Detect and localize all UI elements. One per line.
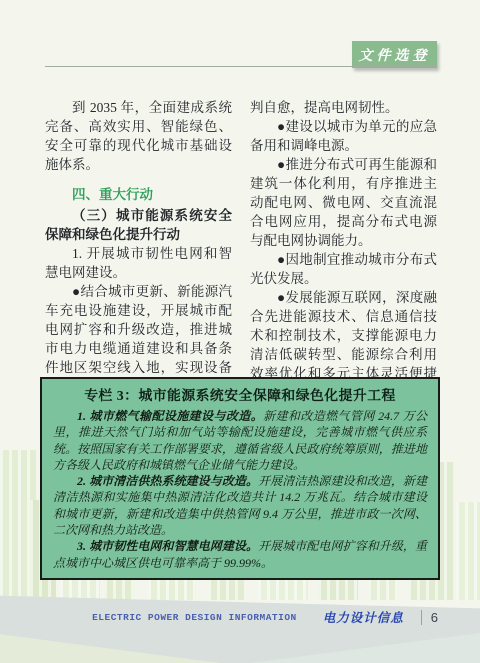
- page-footer: ELECTRIC POWER DESIGN INFORMATION 电力设计信息…: [92, 608, 438, 626]
- footer-divider: [421, 610, 422, 625]
- article-body: 到 2035 年，全面建成系统完备、高效实用、智能绿色、安全可靠的现代化城市基础…: [45, 98, 437, 372]
- paragraph: 1. 开展城市韧性电网和智慧电网建设。: [45, 244, 232, 282]
- panel-item-lead: 1. 城市燃气输配设施建设与改造。: [77, 409, 263, 423]
- bullet-paragraph: ●推进分布式可再生能源和建筑一体化利用，有序推进主动配电网、微电网、交直流混合电…: [250, 155, 437, 250]
- column-left: 到 2035 年，全面建成系统完备、高效实用、智能绿色、安全可靠的现代化城市基础…: [45, 98, 232, 372]
- panel-item-lead: 2. 城市清洁供热系统建设与改造。: [77, 474, 258, 488]
- section-heading-green: 四、重大行动: [45, 185, 232, 204]
- paragraph-continuation: 判自愈，提高电网韧性。: [250, 98, 437, 117]
- panel-item: 3. 城市韧性电网和智慧电网建设。开展城市配电网扩容和升级，重点城市中心城区供电…: [53, 538, 427, 571]
- bullet-paragraph: ●建设以城市为单元的应急备用和调峰电源。: [250, 117, 437, 155]
- column-right: 判自愈，提高电网韧性。 ●建设以城市为单元的应急备用和调峰电源。 ●推进分布式可…: [250, 98, 437, 372]
- magazine-page: 文件选登 到 2035 年，全面建成系统完备、高效实用、智能绿色、安全可靠的现代…: [0, 0, 480, 663]
- section-badge: 文件选登: [352, 41, 437, 68]
- journal-name-cn: 电力设计信息: [323, 608, 404, 626]
- feature-panel: 专栏 3：城市能源系统安全保障和绿色化提升工程 1. 城市燃气输配设施建设与改造…: [40, 377, 440, 580]
- paragraph: 到 2035 年，全面建成系统完备、高效实用、智能绿色、安全可靠的现代化城市基础…: [45, 98, 232, 174]
- bullet-paragraph: ●因地制宜推动城市分布式光伏发展。: [250, 250, 437, 288]
- panel-item: 2. 城市清洁供热系统建设与改造。开展清洁热源建设和改造，新建清洁热源和实施集中…: [53, 473, 427, 538]
- panel-title: 专栏 3：城市能源系统安全保障和绿色化提升工程: [53, 384, 427, 404]
- panel-item-lead: 3. 城市韧性电网和智慧电网建设。: [77, 539, 258, 553]
- panel-item: 1. 城市燃气输配设施建设与改造。新建和改造燃气管网 24.7 万公里，推进天然…: [53, 408, 427, 473]
- page-number: 6: [431, 610, 438, 625]
- building-silhouette: [456, 502, 480, 600]
- subsection-heading: （三）城市能源系统安全保障和绿色化提升行动: [45, 206, 232, 244]
- header-rule: [45, 66, 437, 67]
- journal-name-en: ELECTRIC POWER DESIGN INFORMATION: [92, 612, 297, 623]
